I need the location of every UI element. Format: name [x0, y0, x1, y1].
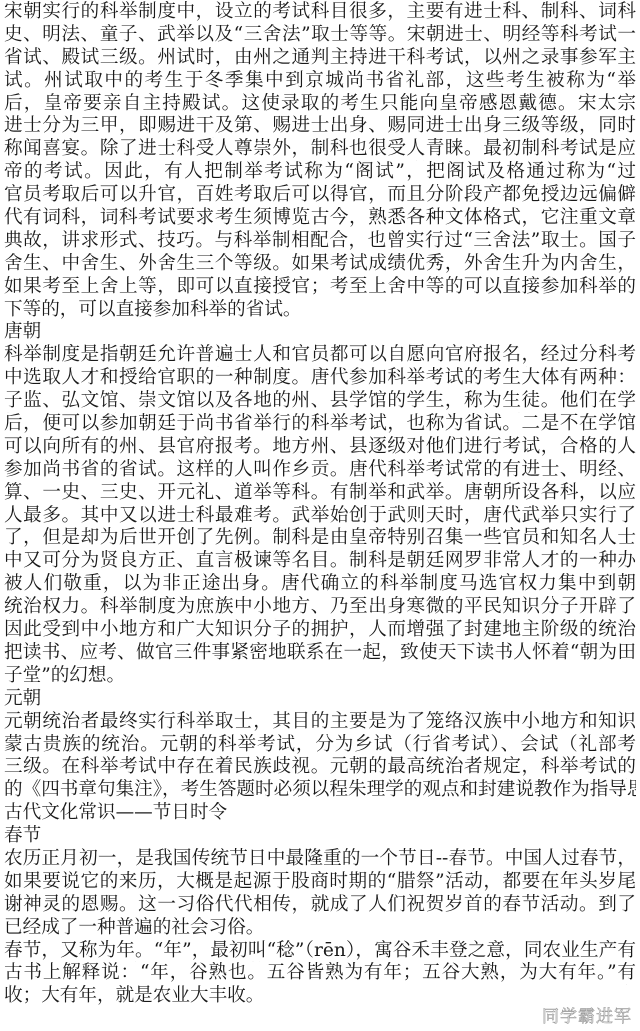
- paragraph-line: 舍生、中舍生、外舍生三个等级。如果考试成绩优秀，外舍生升为内舍生，内舍生升上舍生…: [4, 253, 636, 276]
- paragraph-line: 古书上解释说：“年，谷熟也。五谷皆熟为有年；五谷大熟，为大有年。”有年，就是农业…: [4, 962, 636, 985]
- document-body: 宋朝实行的科举制度中，设立的考试科目很多，主要有进士科、制科、词科等，有明经、三…: [4, 1, 636, 1008]
- paragraph-line: 后，皇帝要亲自主持殿试。这使录取的考生只能向皇帝感恩戴德。宋太宗时，把殿试录取的: [4, 93, 636, 116]
- paragraph-line: 后，便可以参加朝廷于尚书省举行的科举考试，也称为省试。二是不在学馆的普通读书人，: [4, 413, 636, 436]
- paragraph-line: 代有词科，词科考试要求考生须博览古今，熟悉各种文体格式，它注重文章四六对偶、堆砌: [4, 207, 636, 230]
- paragraph-line: 试。州试取中的考生于冬季集中到京城尚书省礼部，这些考生被称为“举子”、“贡生”省…: [4, 70, 636, 93]
- paragraph-line: 官员考取后可以升官，百姓考取后可以得官，而且分阶段产都免授边远偏僻地方的官职。宋: [4, 184, 636, 207]
- section-heading-spring-festival: 春节: [4, 825, 636, 848]
- paragraph-line: 可以向所有的州、县官府报考。地方州、县逐级对他们进行考试，合格的人被送到京城长安: [4, 436, 636, 459]
- section-spring-festival: 春节 农历正月初一，是我国传统节日中最隆重的一个节日--春节。中国人过春节，有悠…: [4, 825, 636, 1008]
- paragraph-line: 称闻喜宴。除了进士科受人尊崇外，制科也很受人青睐。最初制科考试是应考人直接接受皇: [4, 138, 636, 161]
- paragraph-line: 统治权力。科举制度为庶族中小地方、乃至出身寒微的平民知识分子开辟了一条升官的道路…: [4, 596, 636, 619]
- paragraph-line: 了，但是却为后世开创了先例。制科是由皇帝特别召集一些官员和知名人士举行的考试，其: [4, 527, 636, 550]
- paragraph-line: 三级。在科举考试中存在着民族歧视。元朝的最高统治者规定，科举考试的试题都出自朱熹: [4, 756, 636, 779]
- paragraph-line: 算、一史、三史、开元礼、道举等科。有制举和武举。唐朝所设各科，以应考进士、明经的: [4, 482, 636, 505]
- paragraph-line: 典故，讲求形式、技巧。与科举制相配合，也曾实行过“三舍法”取士。国子监学生分为上: [4, 230, 636, 253]
- paragraph-line: 已经成了一种普遍的社会习俗。: [4, 917, 636, 940]
- watermark: 同学霸进军: [542, 1002, 632, 1027]
- paragraph-line: 春节，又称为年。“年”，最初叫“稔”（rēn），寓谷禾丰登之意，同农业生产有着直…: [4, 940, 636, 963]
- section-heading-tang: 唐朝: [4, 321, 636, 344]
- paragraph-line: 帝的考试。因此，有人把制举考试称为“阁试”，把阁试及格通过称为“过阁”。在制科中…: [4, 161, 636, 184]
- paragraph-line: 参加尚书省的省试。这样的人叫作乡贡。唐代科举考试常的有进士、明经、明法、明字、明: [4, 459, 636, 482]
- paragraph-line: 子监、弘文馆、崇文馆以及各地的州、县学馆的学生，称为生徒。他们在学校内考试合格之: [4, 390, 636, 413]
- paragraph-line: 谢神灵的恩赐。这一习俗代代相传，就成了人们祝贺岁首的春节活动。到了汉代，这种活动: [4, 894, 636, 917]
- paragraph-line: 史、明法、童子、武举以及“三舍法”取士等等。宋朝进士、明经等科考试一般分为州试、: [4, 24, 636, 47]
- paragraph-line: 的《四书章句集注》，考生答题时必须以程朱理学的观点和封建说教作为指导思想。: [4, 779, 636, 802]
- section-heading-yuan: 元朝: [4, 688, 636, 711]
- paragraph-line: 人最多。其中又以进士科最难考。武举始创于武则天时，唐代武举只实行了一段时间便停止: [4, 505, 636, 528]
- paragraph-line: 科举制度是指朝廷允许普遍士人和官员都可以自愿向官府报名，经过分科考试，依照成绩从: [4, 344, 636, 367]
- paragraph-line: 被人们敬重，以为非正途出身。唐代确立的科举制度马选官权力集中到朝廷，加强了中央的: [4, 573, 636, 596]
- paragraph-line: 因此受到中小地方和广大知识分子的拥护，人而增强了封建地主阶级的统治基础。科举制度: [4, 619, 636, 642]
- paragraph-line: 进士分为三甲，即赐进干及第、赐进士出身、赐同进士出身三级等级，同时在琼林苑赐宴，: [4, 115, 636, 138]
- paragraph-line: 中又可分为贤良方正、直言极谏等名目。制科是朝廷网罗非常人才的一种办法，但是往往不: [4, 550, 636, 573]
- paragraph-line: 蒙古贵族的统治。元朝的科举考试，分为乡试（行省考试）、会试（礼部考试）、御试（殿…: [4, 734, 636, 757]
- paragraph-line: 如果考至上舍上等，即可以直接授官；考至上舍中等的可以直接参加科举的殿试；考为上舍: [4, 276, 636, 299]
- section-heading-culture: 古代文化常识——节日时令: [4, 802, 636, 825]
- section-tang: 唐朝 科举制度是指朝廷允许普遍士人和官员都可以自愿向官府报名，经过分科考试，依照…: [4, 321, 636, 687]
- paragraph-line: 宋朝实行的科举制度中，设立的考试科目很多，主要有进士科、制科、词科等，有明经、三: [4, 1, 636, 24]
- paragraph-line: 农历正月初一，是我国传统节日中最隆重的一个节日--春节。中国人过春节，有悠久的历…: [4, 848, 636, 871]
- section-song: 宋朝实行的科举制度中，设立的考试科目很多，主要有进士科、制科、词科等，有明经、三…: [4, 1, 636, 321]
- paragraph-line: 把读书、应考、做官三件事紧密地联系在一起，致使天下读书人怀着“朝为田舍郎，墓登天: [4, 642, 636, 665]
- paragraph-line: 省试、殿试三级。州试时，由州之通判主持进干科考试，以州之录事参军主持其余各科的考: [4, 47, 636, 70]
- paragraph-line: 子堂”的幻想。: [4, 665, 636, 688]
- paragraph-line: 元朝统治者最终实行科举取士，其目的主要是为了笼络汉族中小地方和知识分子，从而巩固: [4, 711, 636, 734]
- paragraph-line: 中选取人才和授给官职的一种制度。唐代参加科举考试的考生大体有两种：一是朝廷所设国: [4, 367, 636, 390]
- section-culture-title: 古代文化常识——节日时令: [4, 802, 636, 825]
- section-yuan: 元朝 元朝统治者最终实行科举取士，其目的主要是为了笼络汉族中小地方和知识分子，从…: [4, 688, 636, 802]
- paragraph-line: 下等的，可以直接参加科举的省试。: [4, 299, 636, 322]
- paragraph-line: 如果要说它的来历，大概是起源于股商时期的“腊祭”活动，都要在年头岁尾祭神祭祖，感: [4, 871, 636, 894]
